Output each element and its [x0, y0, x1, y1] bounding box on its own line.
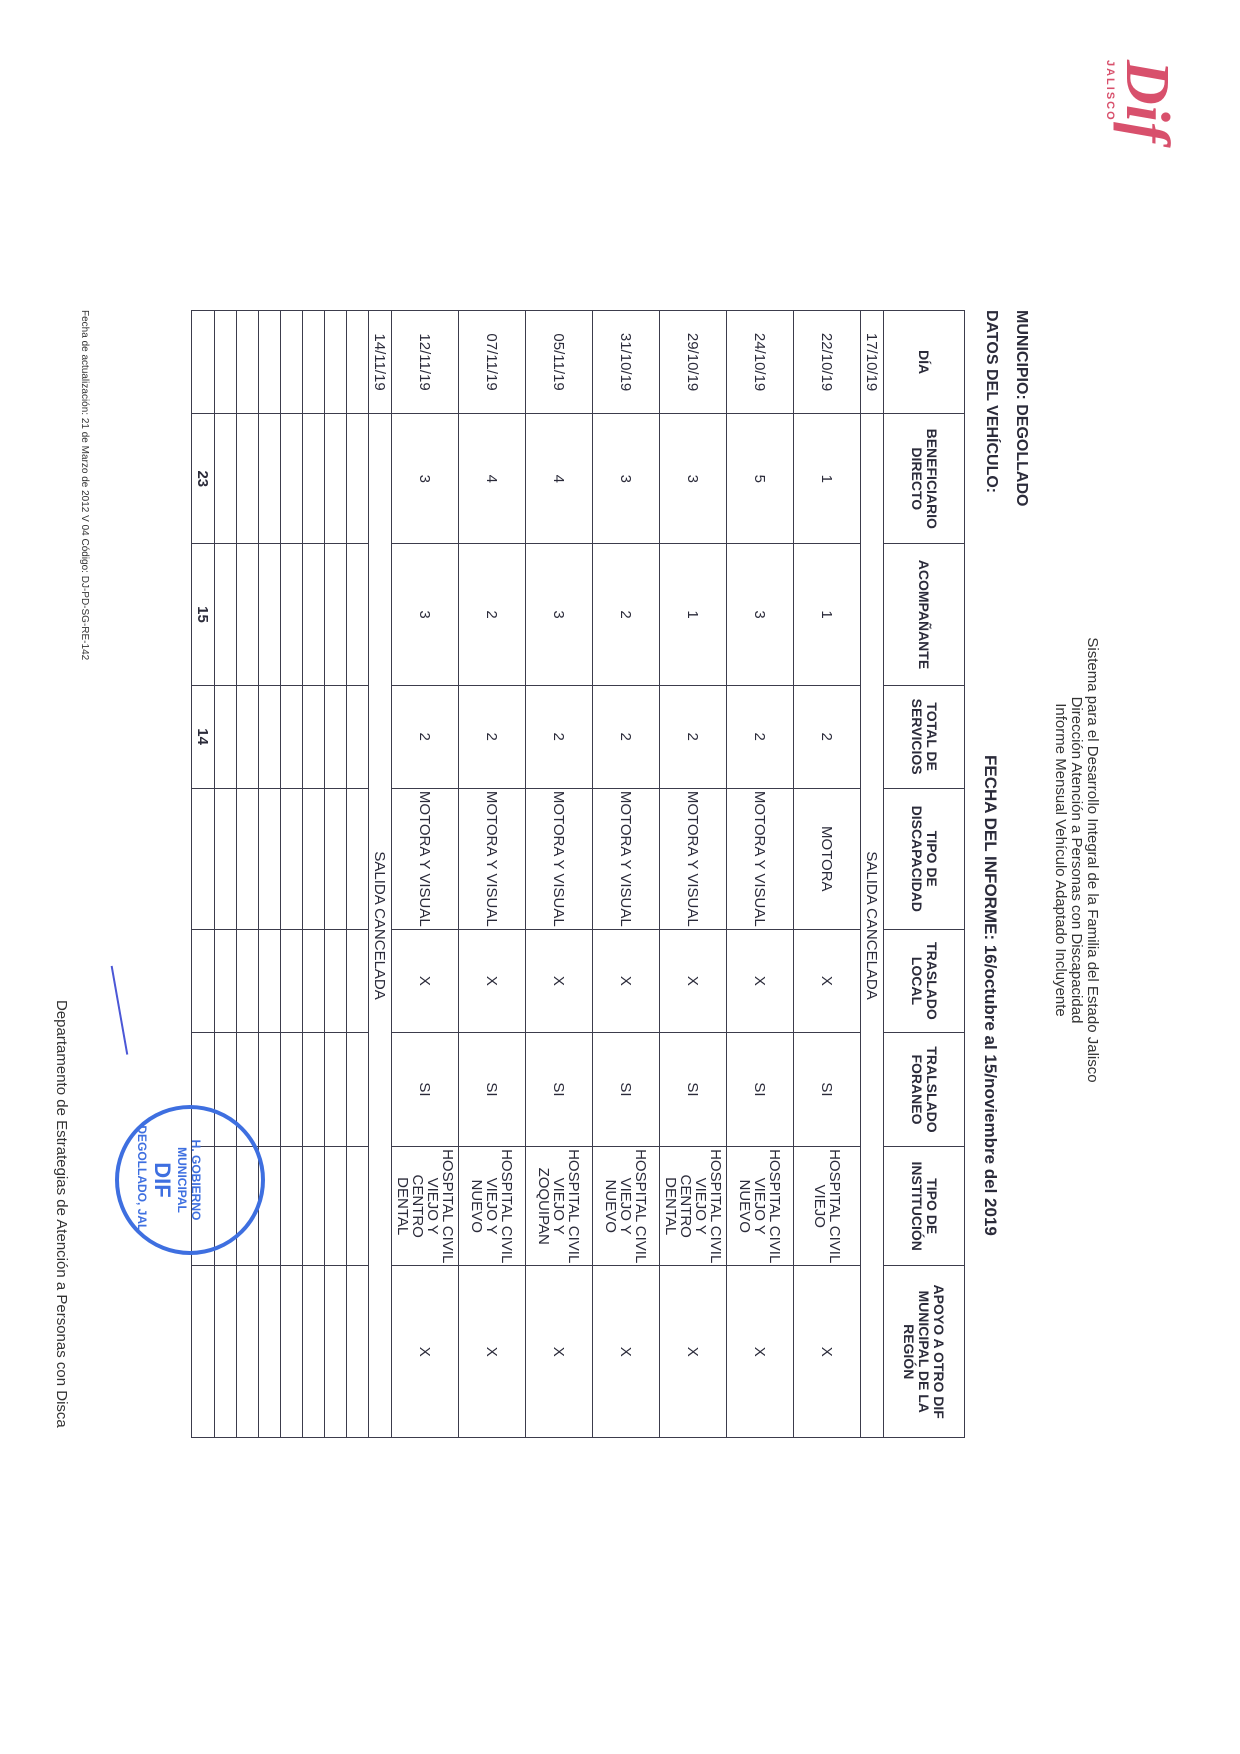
empty-cell [237, 685, 259, 788]
table-cell: SI [593, 1032, 660, 1146]
column-header: ACOMPAÑANTE [884, 544, 965, 685]
table-row: 17/10/19SALIDA CANCELADA [861, 311, 884, 1438]
table-cell: MOTORA Y VISUAL [392, 788, 459, 929]
table-cell: X [593, 929, 660, 1032]
table-cell: 4 [526, 414, 593, 544]
empty-row [325, 311, 347, 1438]
total-cell [192, 929, 215, 1032]
empty-cell [237, 311, 259, 414]
stamp-top-text: H. GOBIERNO MUNICIPAL [175, 1109, 203, 1251]
empty-cell [281, 1266, 303, 1438]
table-cell: HOSPITAL CIVIL VIEJO Y CENTRO DENTAL [392, 1146, 459, 1265]
table-cell: MOTORA Y VISUAL [593, 788, 660, 929]
table-cell: 3 [392, 414, 459, 544]
empty-cell [281, 311, 303, 414]
total-cell [192, 311, 215, 414]
table-row: 22/10/19112MOTORAXSIHOSPITAL CIVIL VIEJO… [794, 311, 861, 1438]
total-cell [192, 1266, 215, 1438]
empty-row [347, 311, 369, 1438]
empty-cell [281, 685, 303, 788]
empty-cell [303, 1266, 325, 1438]
empty-cell [281, 788, 303, 929]
empty-cell [325, 1266, 347, 1438]
report-date-label: FECHA DEL INFORME: 16/octubre al 15/novi… [980, 755, 1000, 1236]
empty-cell [281, 1032, 303, 1146]
table-row: 14/11/19SALIDA CANCELADA [369, 311, 392, 1438]
table-cell: MOTORA Y VISUAL [727, 788, 794, 929]
table-cell: SI [526, 1032, 593, 1146]
table-cell: MOTORA Y VISUAL [459, 788, 526, 929]
cancelled-note: SALIDA CANCELADA [861, 414, 884, 1438]
municipio-label: MUNICIPIO: DEGOLLADO [1012, 310, 1030, 506]
empty-cell [259, 685, 281, 788]
empty-cell [347, 1266, 369, 1438]
column-header: TIPO DE DISCAPACIDAD [884, 788, 965, 929]
table-cell: 31/10/19 [593, 311, 660, 414]
empty-cell [347, 929, 369, 1032]
empty-cell [325, 311, 347, 414]
vehicle-data-label: DATOS DEL VEHÍCULO: [982, 310, 1000, 493]
empty-cell [215, 685, 237, 788]
column-header: APOYO A OTRO DIF MUNICIPAL DE LA REGIÓN [884, 1266, 965, 1438]
table-cell: 2 [794, 685, 861, 788]
table-cell: X [392, 1266, 459, 1438]
monthly-report-table: DÍABENEFICIARIO DIRECTOACOMPAÑANTETOTAL … [191, 310, 965, 1438]
column-header: TIPO DE INSTITUCIÓN [884, 1146, 965, 1265]
table-row: 29/10/19312MOTORA Y VISUALXSIHOSPITAL CI… [660, 311, 727, 1438]
empty-cell [303, 685, 325, 788]
empty-cell [325, 544, 347, 685]
empty-cell [303, 788, 325, 929]
empty-cell [259, 788, 281, 929]
empty-cell [215, 929, 237, 1032]
day-cell: 14/11/19 [369, 311, 392, 414]
empty-cell [303, 1146, 325, 1265]
table-cell: X [794, 1266, 861, 1438]
empty-cell [215, 544, 237, 685]
handwritten-signature [111, 955, 188, 1054]
table-cell: MOTORA Y VISUAL [660, 788, 727, 929]
table-row: 12/11/19332MOTORA Y VISUALXSIHOSPITAL CI… [392, 311, 459, 1438]
empty-cell [303, 1032, 325, 1146]
table-row: 24/10/19532MOTORA Y VISUALXSIHOSPITAL CI… [727, 311, 794, 1438]
empty-cell [325, 1146, 347, 1265]
table-cell: 2 [459, 544, 526, 685]
empty-cell [303, 929, 325, 1032]
table-cell: X [526, 929, 593, 1032]
table-cell: 2 [459, 685, 526, 788]
table-cell: 22/10/19 [794, 311, 861, 414]
column-header: TRALSLADO FORANEO [884, 1032, 965, 1146]
table-cell: 2 [593, 544, 660, 685]
empty-cell [325, 1032, 347, 1146]
empty-cell [259, 544, 281, 685]
table-cell: HOSPITAL CIVIL VIEJO Y NUEVO [727, 1146, 794, 1265]
empty-cell [347, 544, 369, 685]
table-cell: 4 [459, 414, 526, 544]
empty-cell [325, 414, 347, 544]
totals-row: 231514 [192, 311, 215, 1438]
table-cell: 2 [392, 685, 459, 788]
column-header: DÍA [884, 311, 965, 414]
logo-text: Dif [1116, 60, 1178, 190]
table-cell: X [727, 1266, 794, 1438]
table-cell: X [660, 929, 727, 1032]
table-cell: 1 [660, 544, 727, 685]
empty-row [281, 311, 303, 1438]
day-cell: 17/10/19 [861, 311, 884, 414]
table-cell: SI [660, 1032, 727, 1146]
empty-cell [303, 544, 325, 685]
table-cell: 3 [593, 414, 660, 544]
table-cell: 3 [526, 544, 593, 685]
empty-row [259, 311, 281, 1438]
cancelled-note: SALIDA CANCELADA [369, 414, 392, 1438]
total-cell [192, 788, 215, 929]
empty-cell [347, 685, 369, 788]
department-footer: Departamento de Estrategias de Atención … [53, 1000, 70, 1428]
empty-cell [347, 311, 369, 414]
dif-jalisco-logo: Dif JALISCO [1098, 60, 1178, 190]
table-cell: 1 [794, 414, 861, 544]
table-cell: SI [392, 1032, 459, 1146]
table-row: 31/10/19322MOTORA Y VISUALXSIHOSPITAL CI… [593, 311, 660, 1438]
table-cell: X [526, 1266, 593, 1438]
update-footnote: Fecha de actualización: 21 de Marzo de 2… [79, 310, 90, 660]
table-row: 05/11/19432MOTORA Y VISUALXSIHOSPITAL CI… [526, 311, 593, 1438]
table-cell: 29/10/19 [660, 311, 727, 414]
table-cell: 3 [660, 414, 727, 544]
table-cell: 1 [794, 544, 861, 685]
table-cell: 24/10/19 [727, 311, 794, 414]
empty-cell [259, 929, 281, 1032]
empty-cell [215, 414, 237, 544]
table-cell: SI [727, 1032, 794, 1146]
empty-cell [259, 414, 281, 544]
column-header: BENEFICIARIO DIRECTO [884, 414, 965, 544]
empty-cell [281, 414, 303, 544]
header-line-2: Dirección Atención a Personas con Discap… [1068, 560, 1084, 1160]
empty-cell [215, 311, 237, 414]
table-cell: 3 [727, 544, 794, 685]
municipal-dif-stamp: H. GOBIERNO MUNICIPAL DIF DEGOLLADO, JAL… [115, 1105, 265, 1255]
empty-cell [281, 1146, 303, 1265]
table-cell: 5 [727, 414, 794, 544]
empty-cell [347, 1032, 369, 1146]
empty-cell [325, 929, 347, 1032]
table-cell: MOTORA Y VISUAL [526, 788, 593, 929]
table-cell: HOSPITAL CIVIL VIEJO Y NUEVO [593, 1146, 660, 1265]
stamp-center-text: DIF [149, 1109, 175, 1251]
table-cell: X [593, 1266, 660, 1438]
table-cell: 3 [392, 544, 459, 685]
table-cell: 2 [526, 685, 593, 788]
empty-cell [237, 788, 259, 929]
scanned-page: Dif JALISCO Sistema para el Desarrollo I… [0, 0, 1240, 1754]
empty-cell [281, 929, 303, 1032]
table-cell: X [392, 929, 459, 1032]
empty-cell [237, 1266, 259, 1438]
empty-cell [303, 311, 325, 414]
table-header-row: DÍABENEFICIARIO DIRECTOACOMPAÑANTETOTAL … [884, 311, 965, 1438]
table-cell: MOTORA [794, 788, 861, 929]
empty-cell [259, 1032, 281, 1146]
empty-cell [259, 311, 281, 414]
empty-cell [325, 788, 347, 929]
empty-row [215, 311, 237, 1438]
empty-cell [347, 414, 369, 544]
empty-cell [347, 1146, 369, 1265]
table-cell: X [459, 929, 526, 1032]
table-cell: HOSPITAL CIVIL VIEJO [794, 1146, 861, 1265]
stamp-bottom-text: DEGOLLADO, JAL. [135, 1109, 149, 1251]
empty-row [303, 311, 325, 1438]
empty-cell [237, 544, 259, 685]
table-cell: 2 [593, 685, 660, 788]
table-cell: SI [459, 1032, 526, 1146]
column-header: TOTAL DE SERVICIOS [884, 685, 965, 788]
document-header: Sistema para el Desarrollo Integral de l… [1052, 560, 1100, 1160]
column-header: TRASLADO LOCAL [884, 929, 965, 1032]
table-cell: HOSPITAL CIVIL VIEJO Y NUEVO [459, 1146, 526, 1265]
empty-cell [237, 929, 259, 1032]
empty-cell [259, 1266, 281, 1438]
empty-cell [325, 685, 347, 788]
table-cell: X [727, 929, 794, 1032]
table-cell: X [794, 929, 861, 1032]
empty-cell [237, 414, 259, 544]
table-cell: 05/11/19 [526, 311, 593, 414]
table-row: 07/11/19422MOTORA Y VISUALXSIHOSPITAL CI… [459, 311, 526, 1438]
table-cell: SI [794, 1032, 861, 1146]
header-line-3: Informe Mensual Vehículo Adaptado Incluy… [1052, 560, 1068, 1160]
table-cell: 07/11/19 [459, 311, 526, 414]
empty-cell [303, 414, 325, 544]
empty-cell [281, 544, 303, 685]
empty-cell [215, 1266, 237, 1438]
table-cell: X [660, 1266, 727, 1438]
table-cell: HOSPITAL CIVIL VIEJO Y CENTRO DENTAL [660, 1146, 727, 1265]
total-cell: 15 [192, 544, 215, 685]
table-cell: X [459, 1266, 526, 1438]
empty-row [237, 311, 259, 1438]
total-cell: 23 [192, 414, 215, 544]
total-cell: 14 [192, 685, 215, 788]
header-line-1: Sistema para el Desarrollo Integral de l… [1084, 560, 1100, 1160]
table-cell: HOSPITAL CIVIL VIEJO Y ZOQUIPAN [526, 1146, 593, 1265]
table-cell: 2 [727, 685, 794, 788]
empty-cell [347, 788, 369, 929]
empty-cell [215, 788, 237, 929]
table-cell: 2 [660, 685, 727, 788]
table-cell: 12/11/19 [392, 311, 459, 414]
